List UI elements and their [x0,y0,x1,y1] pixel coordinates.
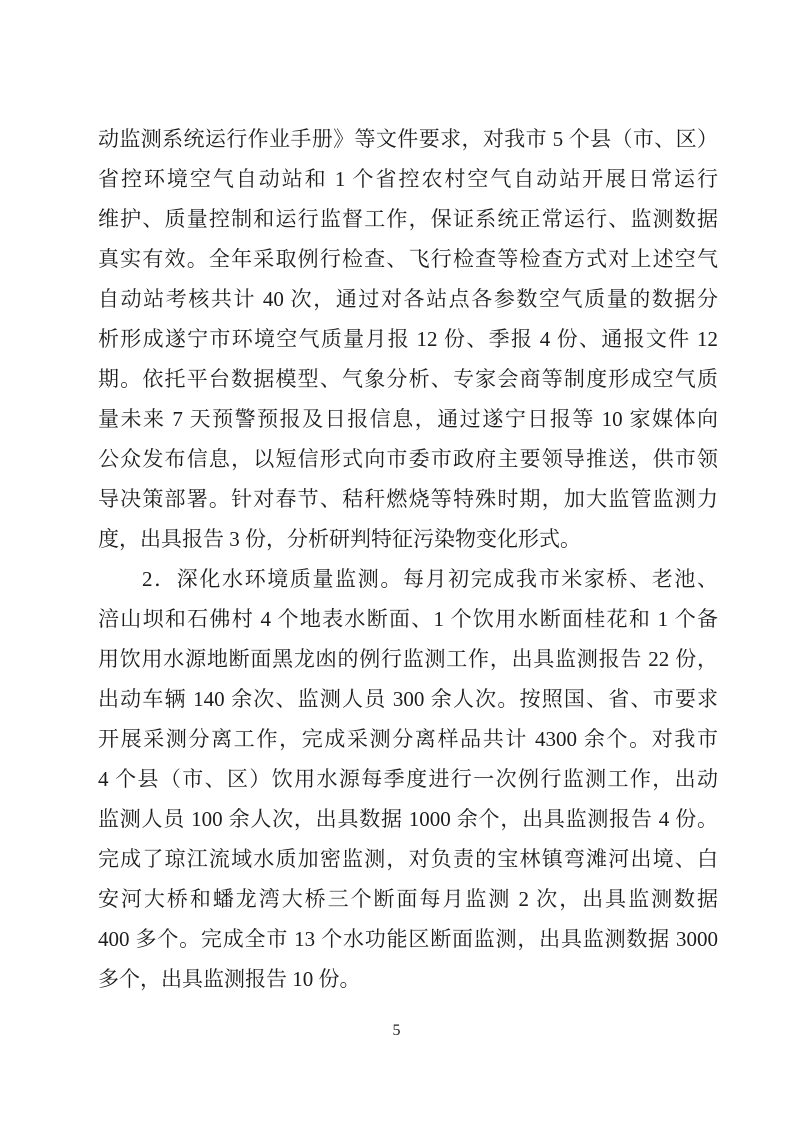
text-line: 量未来 7 天预警预报及日报信息，通过遂宁日报等 10 家媒体向 [98,399,718,439]
text-line: 完成了琼江流域水质加密监测，对负责的宝林镇弯滩河出境、白 [98,839,718,879]
text-line: 自动站考核共计 40 次，通过对各站点各参数空气质量的数据分 [98,279,718,319]
text-line: 多个，出具监测报告 10 份。 [98,959,718,999]
text-line: 2．深化水环境质量监测。每月初完成我市米家桥、老池、 [98,559,718,599]
text-line: 涪山坝和石佛村 4 个地表水断面、1 个饮用水断面桂花和 1 个备 [98,599,718,639]
text-line: 400 多个。完成全市 13 个水功能区断面监测，出具监测数据 3000 [98,919,718,959]
text-line: 安河大桥和蟠龙湾大桥三个断面每月监测 2 次，出具监测数据 [98,879,718,919]
paragraph-1: 动监测系统运行作业手册》等文件要求，对我市 5 个县（市、区） 省控环境空气自动… [98,119,718,559]
text-line: 省控环境空气自动站和 1 个省控农村空气自动站开展日常运行 [98,159,718,199]
text-line: 4 个县（市、区）饮用水源每季度进行一次例行监测工作，出动 [98,759,718,799]
document-page: 动监测系统运行作业手册》等文件要求，对我市 5 个县（市、区） 省控环境空气自动… [0,0,793,1122]
text-line: 出动车辆 140 余次、监测人员 300 余人次。按照国、省、市要求 [98,679,718,719]
text-line: 析形成遂宁市环境空气质量月报 12 份、季报 4 份、通报文件 12 [98,319,718,359]
text-line: 动监测系统运行作业手册》等文件要求，对我市 5 个县（市、区） [98,119,718,159]
page-body-text: 动监测系统运行作业手册》等文件要求，对我市 5 个县（市、区） 省控环境空气自动… [98,119,718,999]
text-line: 开展采测分离工作，完成采测分离样品共计 4300 余个。对我市 [98,719,718,759]
text-line: 真实有效。全年采取例行检查、飞行检查等检查方式对上述空气 [98,239,718,279]
text-line: 度，出具报告 3 份，分析研判特征污染物变化形式。 [98,519,718,559]
text-line: 导决策部署。针对春节、秸秆燃烧等特殊时期，加大监管监测力 [98,479,718,519]
text-line: 用饮用水源地断面黑龙凼的例行监测工作，出具监测报告 22 份， [98,639,718,679]
text-line: 维护、质量控制和运行监督工作，保证系统正常运行、监测数据 [98,199,718,239]
text-line: 期。依托平台数据模型、气象分析、专家会商等制度形成空气质 [98,359,718,399]
page-number: 5 [0,1023,793,1039]
text-line: 公众发布信息，以短信形式向市委市政府主要领导推送，供市领 [98,439,718,479]
paragraph-2: 2．深化水环境质量监测。每月初完成我市米家桥、老池、 涪山坝和石佛村 4 个地表… [98,559,718,999]
text-line: 监测人员 100 余人次，出具数据 1000 余个，出具监测报告 4 份。 [98,799,718,839]
